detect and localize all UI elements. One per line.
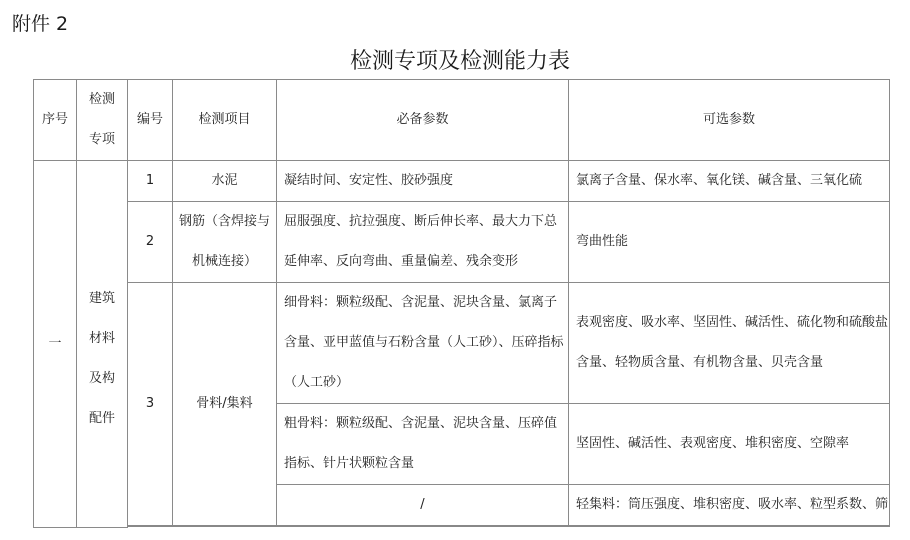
attachment-label: 附件 2 xyxy=(12,9,68,36)
row-item: 水泥 xyxy=(173,161,277,202)
section-category-line: 配件 xyxy=(77,399,127,439)
row-required: 屈服强度、抗拉强度、断后伸长率、最大力下总延伸率、反向弯曲、重量偏差、残余变形 xyxy=(277,202,569,283)
header-code: 编号 xyxy=(128,80,173,161)
row-required: 粗骨料：颗粒级配、含泥量、泥块含量、压碎值指标、针片状颗粒含量 xyxy=(277,404,569,485)
table-row: 2 钢筋（含焊接与 机械连接） 屈服强度、抗拉强度、断后伸长率、最大力下总延伸率… xyxy=(34,202,890,283)
section-seq: 一 xyxy=(34,161,77,528)
row-item-line2: 机械连接） xyxy=(173,242,276,282)
row-required: 凝结时间、安定性、胶砂强度 xyxy=(277,161,569,202)
header-optional: 可选参数 xyxy=(569,80,890,161)
row-item-line1: 钢筋（含焊接与 xyxy=(173,202,276,242)
row-item: 钢筋（含焊接与 机械连接） xyxy=(173,202,277,283)
table-header-row: 序号 检测 专项 编号 检测项目 必备参数 可选参数 xyxy=(34,80,890,161)
header-category-line2: 专项 xyxy=(77,120,127,160)
header-item: 检测项目 xyxy=(173,80,277,161)
section-category-line: 材料 xyxy=(77,319,127,359)
row-optional: 表观密度、吸水率、坚固性、碱活性、硫化物和硫酸盐含量、轻物质含量、有机物含量、贝… xyxy=(569,283,890,404)
row-optional: 氯离子含量、保水率、氧化镁、碱含量、三氧化硫 xyxy=(569,161,890,202)
capability-table: 序号 检测 专项 编号 检测项目 必备参数 可选参数 一 建筑 材料 及构 配件… xyxy=(33,79,890,528)
row-optional: 轻集料：筒压强度、堆积密度、吸水率、粒型系数、筛 xyxy=(569,485,890,527)
table-row: 3 骨料/集料 细骨料：颗粒级配、含泥量、泥块含量、氯离子含量、亚甲蓝值与石粉含… xyxy=(34,283,890,404)
page-title: 检测专项及检测能力表 xyxy=(0,44,910,75)
header-required: 必备参数 xyxy=(277,80,569,161)
section-category: 建筑 材料 及构 配件 xyxy=(77,161,128,528)
row-code: 3 xyxy=(128,283,173,527)
header-category: 检测 专项 xyxy=(77,80,128,161)
row-optional: 弯曲性能 xyxy=(569,202,890,283)
row-optional: 坚固性、碱活性、表观密度、堆积密度、空隙率 xyxy=(569,404,890,485)
section-category-line: 及构 xyxy=(77,359,127,399)
table-row: 一 建筑 材料 及构 配件 1 水泥 凝结时间、安定性、胶砂强度 氯离子含量、保… xyxy=(34,161,890,202)
row-required: 细骨料：颗粒级配、含泥量、泥块含量、氯离子含量、亚甲蓝值与石粉含量（人工砂）、压… xyxy=(277,283,569,404)
row-required: / xyxy=(277,485,569,527)
row-code: 2 xyxy=(128,202,173,283)
header-seq: 序号 xyxy=(34,80,77,161)
row-code: 1 xyxy=(128,161,173,202)
row-item: 骨料/集料 xyxy=(173,283,277,527)
section-category-line: 建筑 xyxy=(77,279,127,319)
header-category-line1: 检测 xyxy=(77,80,127,120)
